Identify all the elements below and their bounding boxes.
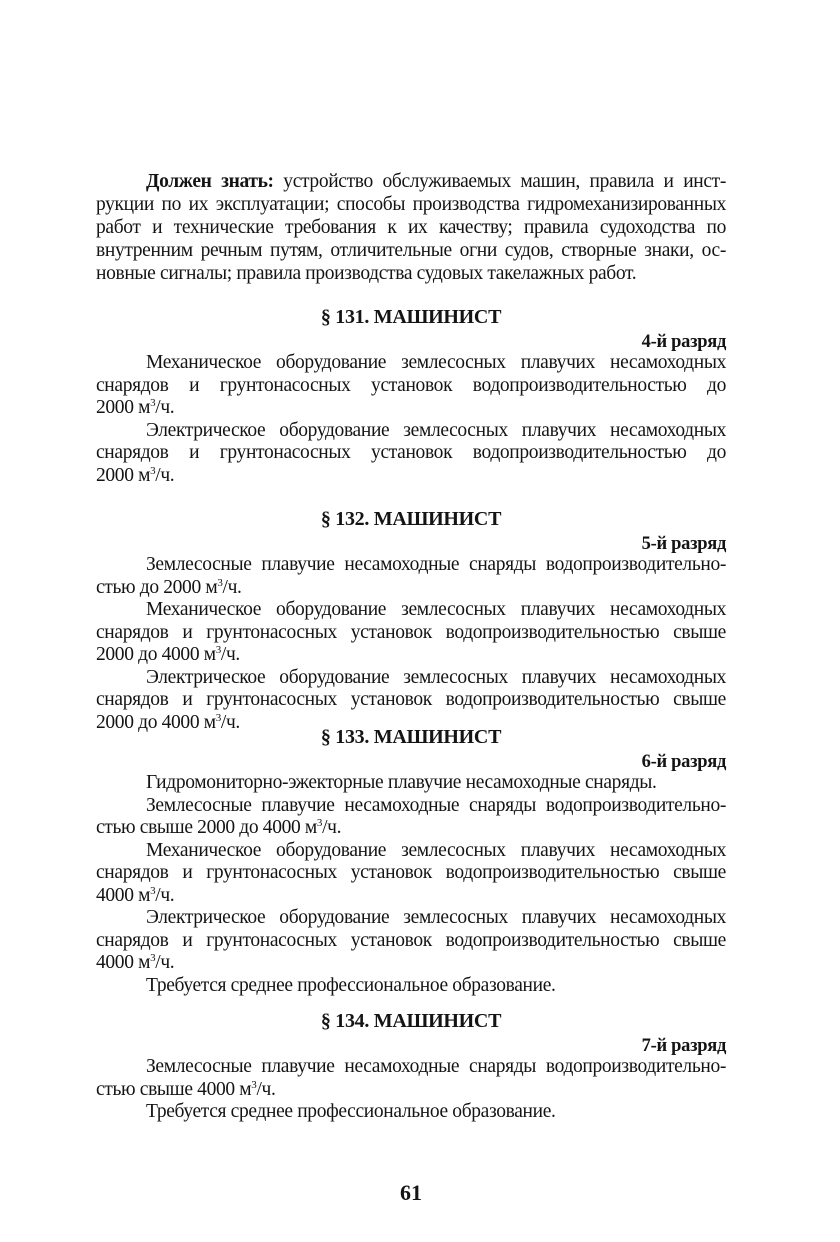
paragraph-line: стью свыше 4000 м3/ч. (96, 1079, 726, 1101)
intro-line-1: Должен знать: устройство обслуживаемых м… (146, 171, 726, 193)
paragraph-line: снарядов и грунтонасосных установок водо… (96, 862, 726, 884)
paragraph-line: стью до 2000 м3/ч. (96, 577, 726, 599)
paragraph-line: Землесосные плавучие несамоходные снаряд… (146, 795, 726, 817)
intro-line-3: работ и технические требования к их каче… (96, 217, 726, 239)
paragraph-line: Электрическое оборудование землесосных п… (146, 907, 726, 929)
section-heading: § 131. МАШИНИСТ (96, 306, 726, 328)
paragraph-line: Механическое оборудование землесосных пл… (146, 599, 726, 621)
rank-label: 4-й разряд (96, 331, 726, 353)
paragraph-line: снарядов и грунтонасосных установок водо… (96, 442, 726, 464)
paragraph-line: 2000 м3/ч. (96, 465, 726, 487)
paragraph-line: снарядов и грунтонасосных установок водо… (96, 375, 726, 397)
paragraph-line: 4000 м3/ч. (96, 952, 726, 974)
paragraph-line: Механическое оборудование землесосных пл… (146, 840, 726, 862)
intro-lead: Должен знать: (146, 171, 274, 192)
section-heading: § 132. МАШИНИСТ (96, 508, 726, 530)
intro-line-5: новные сигналы; правила производства суд… (96, 263, 726, 285)
paragraph-line: Землесосные плавучие несамоходные снаряд… (146, 1056, 726, 1078)
paragraph-line: 2000 м3/ч. (96, 397, 726, 419)
intro-line-4: внутренним речным путям, отличительные о… (96, 240, 726, 262)
paragraph-line: Землесосные плавучие несамоходные снаряд… (146, 554, 726, 576)
intro-line-2: рукции по их эксплуатации; способы произ… (96, 194, 726, 216)
paragraph-line: снарядов и грунтонасосных установок водо… (96, 622, 726, 644)
rank-label: 7-й разряд (96, 1035, 726, 1057)
page-number: 61 (96, 1181, 726, 1205)
paragraph-line: Механическое оборудование землесосных пл… (146, 352, 726, 374)
paragraph-line: снарядов и грунтонасосных установок водо… (96, 930, 726, 952)
book-page: Должен знать: устройство обслуживаемых м… (0, 0, 840, 1242)
section-heading: § 133. МАШИНИСТ (96, 726, 726, 748)
paragraph-line: Требуется среднее профессиональное образ… (146, 975, 726, 997)
paragraph-line: 2000 до 4000 м3/ч. (96, 644, 726, 666)
rank-label: 5-й разряд (96, 533, 726, 555)
paragraph-line: снарядов и грунтонасосных установок водо… (96, 689, 726, 711)
paragraph-line: Электрическое оборудование землесосных п… (146, 667, 726, 689)
paragraph-line: 4000 м3/ч. (96, 885, 726, 907)
rank-label: 6-й разряд (96, 751, 726, 773)
paragraph-line: стью свыше 2000 до 4000 м3/ч. (96, 817, 726, 839)
section-heading: § 134. МАШИНИСТ (96, 1010, 726, 1032)
paragraph-line: Требуется среднее профессиональное образ… (146, 1101, 726, 1123)
paragraph-line: Гидромониторно-эжекторные плавучие несам… (146, 772, 726, 794)
paragraph-line: Электрическое оборудование землесосных п… (146, 420, 726, 442)
